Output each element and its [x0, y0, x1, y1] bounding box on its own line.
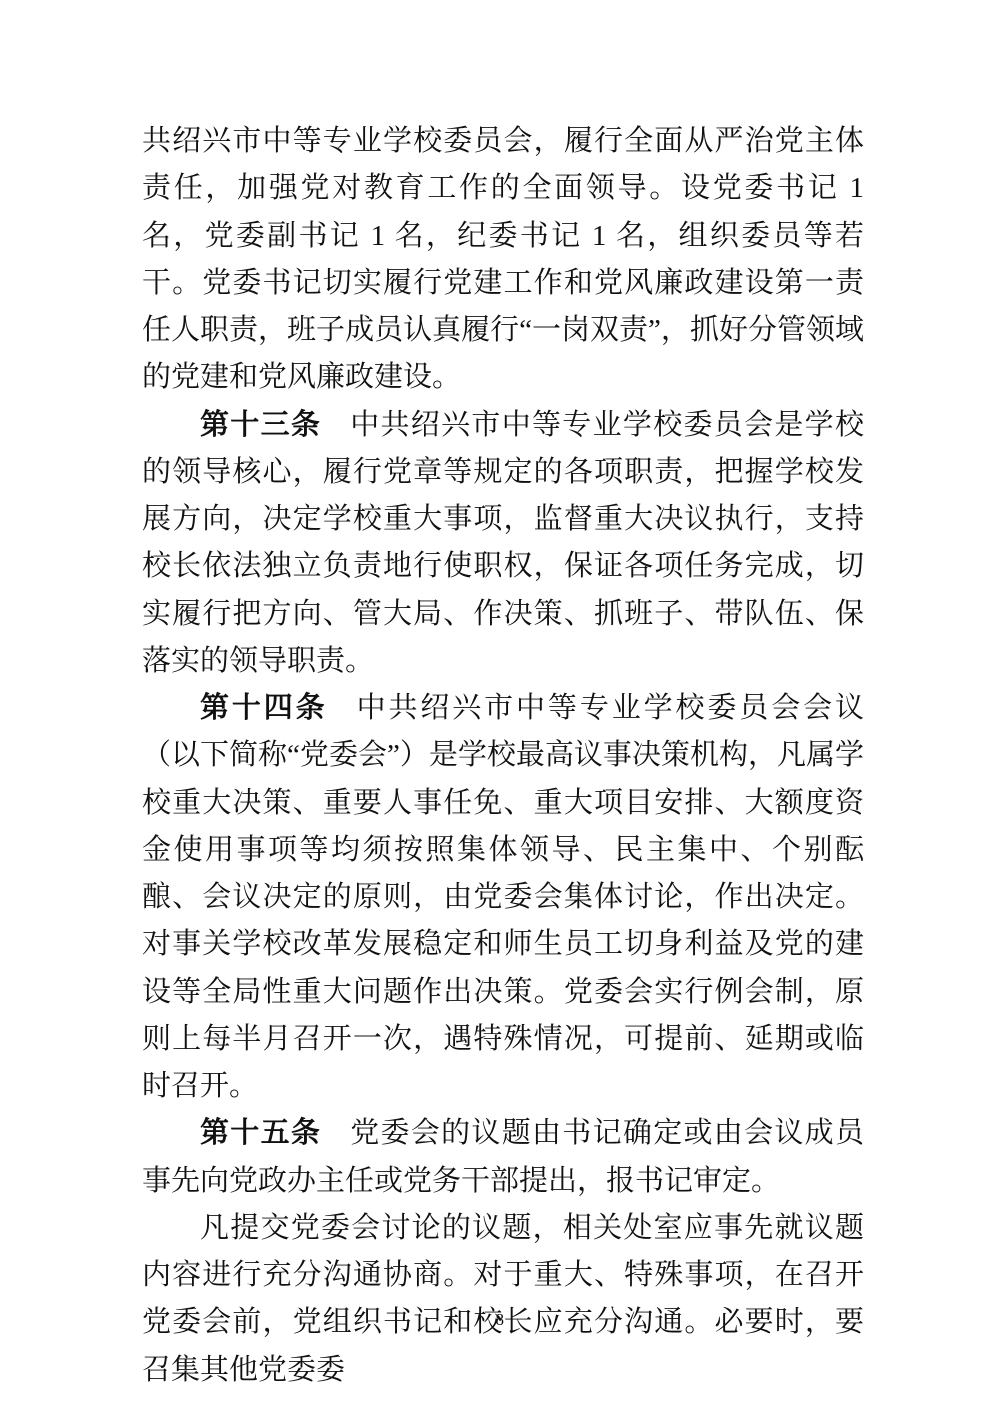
paragraph-text: 共绍兴市中等专业学校委员会，履行全面从严治党主体责任，加强党对教育工作的全面领导… [142, 125, 864, 393]
paragraph-text: 中共绍兴市中等专业学校委员会会议（以下简称“党委会”）是学校最高议事决策机构，凡… [142, 692, 864, 1102]
paragraph-intro-continuation: 共绍兴市中等专业学校委员会，履行全面从严治党主体责任，加强党对教育工作的全面领导… [142, 118, 864, 402]
document-body: 共绍兴市中等专业学校委员会，履行全面从严治党主体责任，加强党对教育工作的全面领导… [142, 118, 864, 1394]
article-14-heading: 第十四条 [200, 692, 328, 724]
paragraph-text: 中共绍兴市中等专业学校委员会是学校的领导核心，履行党章等规定的各项职责，把握学校… [142, 409, 864, 677]
page-number: 8 [496, 1310, 505, 1329]
page-footer: 8 [0, 1310, 1000, 1330]
article-13-heading: 第十三条 [200, 409, 321, 441]
paragraph-article-15: 第十五条党委会的议题由书记确定或由会议成员事先向党政办主任或党务干部提出，报书记… [142, 1110, 864, 1205]
paragraph-article-14: 第十四条中共绍兴市中等专业学校委员会会议（以下简称“党委会”）是学校最高议事决策… [142, 685, 864, 1110]
paragraph-article-15-continued: 凡提交党委会讨论的议题，相关处室应事先就议题内容进行充分沟通协商。对于重大、特殊… [142, 1205, 864, 1394]
article-15-heading: 第十五条 [200, 1117, 321, 1149]
paragraph-article-13: 第十三条中共绍兴市中等专业学校委员会是学校的领导核心，履行党章等规定的各项职责，… [142, 402, 864, 686]
document-page: 共绍兴市中等专业学校委员会，履行全面从严治党主体责任，加强党对教育工作的全面领导… [0, 0, 1000, 1415]
paragraph-text: 凡提交党委会讨论的议题，相关处室应事先就议题内容进行充分沟通协商。对于重大、特殊… [142, 1212, 864, 1386]
